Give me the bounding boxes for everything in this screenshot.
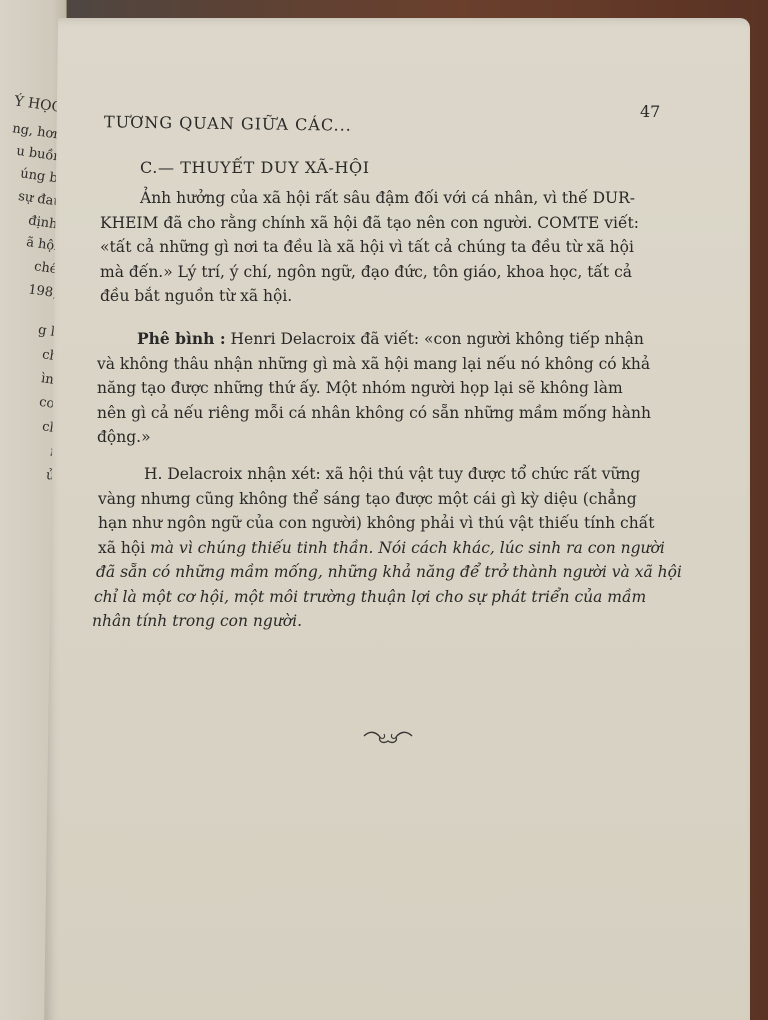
flourish-ornament-icon <box>362 728 414 748</box>
text-line: năng tạo được những thứ ấy. Một nhóm ngư… <box>97 376 677 401</box>
section-heading: C.— THUYẾT DUY XÃ-HỘI <box>140 158 370 177</box>
text-line: vàng nhưng cũng không thể sáng tạo được … <box>92 487 672 512</box>
text-line: «tất cả những gì nơi ta đều là xã hội vì… <box>100 235 680 260</box>
text-line: đã sẵn có những mầm mống, những khả năng… <box>92 560 672 585</box>
left-page-text: u buồn <box>16 144 63 165</box>
text-span: Henri Delacroix đã viết: «con người khôn… <box>231 330 644 348</box>
text-line: Ảnh hưởng của xã hội rất sâu đậm đối với… <box>100 186 680 211</box>
running-head: TƯƠNG QUAN GIỮA CÁC... <box>104 112 352 134</box>
italic-span: mà vì chúng thiếu tinh thần. Nói cách kh… <box>145 539 665 557</box>
text-line: xã hội mà vì chúng thiếu tinh thần. Nói … <box>92 536 672 561</box>
text-line: nhân tính trong con người. <box>92 609 672 634</box>
text-line: KHEIM đã cho rằng chính xã hội đã tạo nê… <box>100 211 680 236</box>
text-line: chỉ là một cơ hội, một môi trường thuận … <box>92 585 672 610</box>
paragraph-durkheim-comte: Ảnh hưởng của xã hội rất sâu đậm đối với… <box>100 186 680 309</box>
paragraph-critique: Phê bình : Henri Delacroix đã viết: «con… <box>97 327 677 450</box>
text-span: xã hội <box>98 539 145 557</box>
text-line: mà đến.» Lý trí, ý chí, ngôn ngữ, đạo đứ… <box>100 260 680 285</box>
critique-label: Phê bình : <box>137 329 226 348</box>
text-line: hạn như ngôn ngữ của con người) không ph… <box>92 511 672 536</box>
left-page-text: ng, hơn <box>12 121 63 143</box>
left-page-running-head: Ý HỌC <box>13 93 63 116</box>
text-line: H. Delacroix nhận xét: xã hội thú vật tu… <box>92 462 672 487</box>
text-line: nên gì cả nếu riêng mỗi cá nhân không có… <box>97 401 677 426</box>
page-number: 47 <box>640 102 660 121</box>
text-line: và không thâu nhận những gì mà xã hội ma… <box>97 352 677 377</box>
text-line: đều bắt nguồn từ xã hội. <box>100 284 680 309</box>
text-line: Phê bình : Henri Delacroix đã viết: «con… <box>97 327 677 352</box>
paragraph-delacroix-remark: H. Delacroix nhận xét: xã hội thú vật tu… <box>92 462 672 634</box>
text-line: động.» <box>97 425 677 450</box>
